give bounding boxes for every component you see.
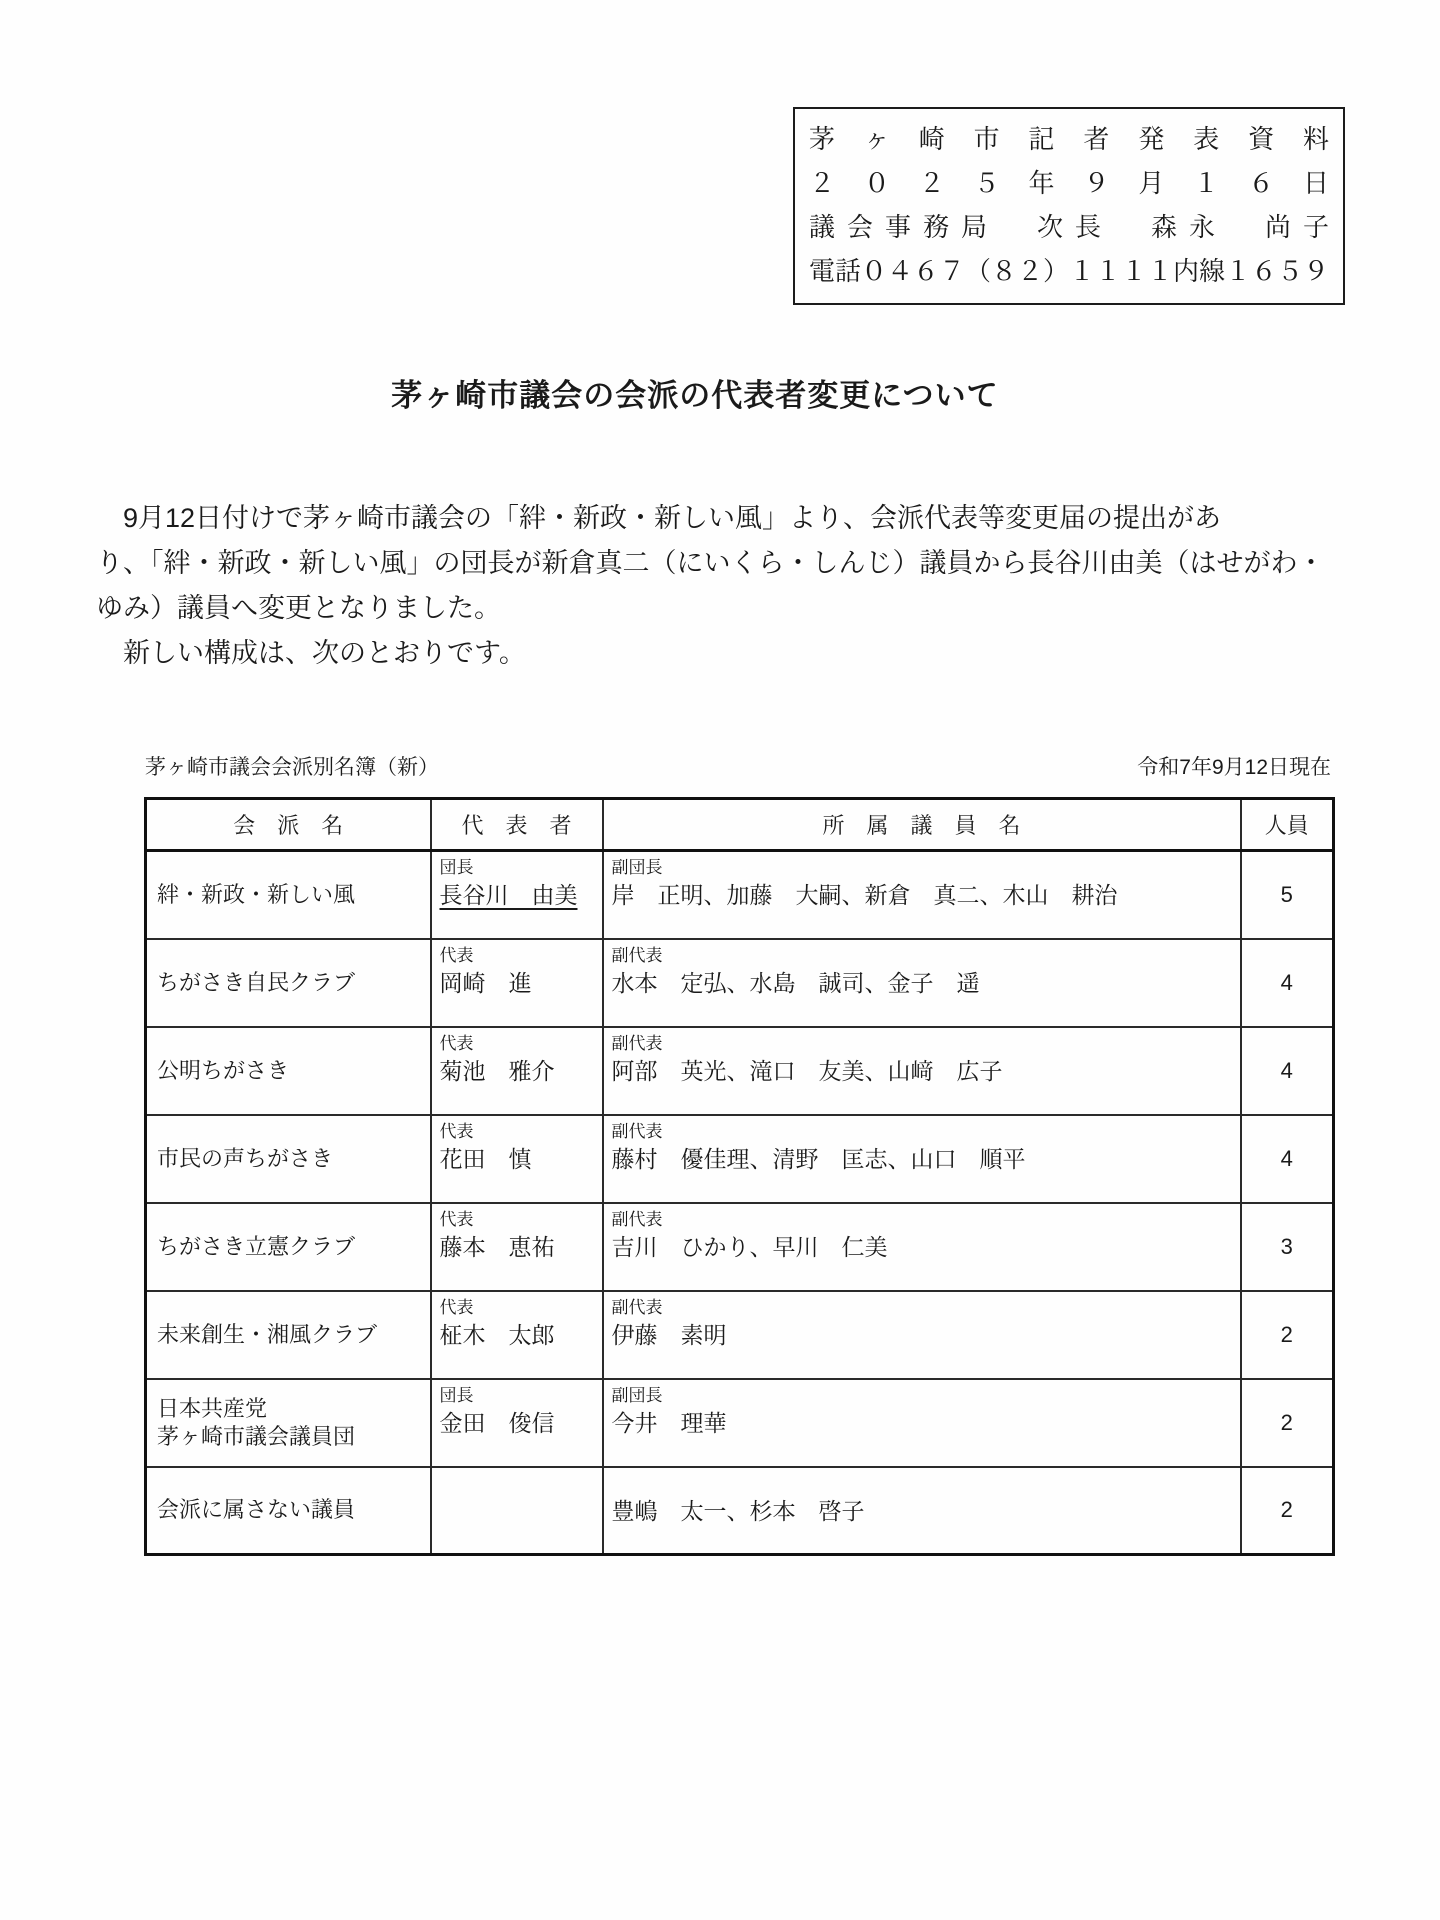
rep-name: 花田 慎 [440, 1142, 594, 1176]
table-row: ちがさき自民クラブ 代表 岡崎 進 副代表 水本 定弘、水島 誠司、金子 遥 4 [146, 939, 1334, 1027]
contact-line-date: ２０２５年９月１６日 [809, 161, 1329, 205]
roster-caption: 茅ヶ崎市議会会派別名簿（新） 令和7年9月12日現在 [145, 751, 1331, 781]
rep-name: 長谷川 由美 [440, 878, 594, 912]
representative-cell: 代表 藤本 恵祐 [431, 1203, 603, 1291]
faction-name-cell: 日本共産党 茅ヶ崎市議会議員団 [146, 1379, 431, 1467]
faction-name: 日本共産党 [157, 1395, 430, 1423]
body-paragraph: 9月12日付けで茅ヶ崎市議会の「絆・新政・新しい風」より、会派代表等変更届の提出… [96, 496, 1356, 676]
faction-name: 未来創生・湘風クラブ [157, 1321, 430, 1349]
faction-name: ちがさき自民クラブ [157, 969, 430, 997]
rep-name: 藤本 恵祐 [440, 1230, 594, 1264]
rep-role: 団長 [440, 1385, 594, 1406]
members-role: 副代表 [612, 1297, 1232, 1318]
members-names: 吉川 ひかり、早川 仁美 [612, 1230, 1232, 1264]
members-role [612, 1473, 1232, 1494]
faction-name: 公明ちがさき [157, 1057, 430, 1085]
members-names: 豊嶋 太一、杉本 啓子 [612, 1494, 1232, 1528]
faction-name: 市民の声ちがさき [157, 1145, 430, 1173]
members-role: 副団長 [612, 857, 1232, 878]
members-names: 伊藤 素明 [612, 1318, 1232, 1352]
representative-cell: 代表 花田 慎 [431, 1115, 603, 1203]
table-row: 公明ちがさき 代表 菊池 雅介 副代表 阿部 英光、滝口 友美、山﨑 広子 4 [146, 1027, 1334, 1115]
roster-caption-right: 令和7年9月12日現在 [1137, 751, 1331, 781]
members-cell: 副団長 今井 理華 [603, 1379, 1241, 1467]
faction-name-cell: 絆・新政・新しい風 [146, 851, 431, 939]
header-representative: 代 表 者 [431, 799, 603, 851]
member-count: 4 [1241, 939, 1334, 1027]
members-names: 藤村 優佳理、清野 匡志、山口 順平 [612, 1142, 1232, 1176]
faction-name-cell: 公明ちがさき [146, 1027, 431, 1115]
members-cell: 副代表 伊藤 素明 [603, 1291, 1241, 1379]
member-count: 3 [1241, 1203, 1334, 1291]
rep-name: 岡崎 進 [440, 966, 594, 1000]
header-members: 所 属 議 員 名 [603, 799, 1241, 851]
press-contact-box: 茅ヶ崎市記者発表資料 ２０２５年９月１６日 議会事務局 次長 森永 尚子 電話０… [793, 107, 1345, 305]
rep-name: 菊池 雅介 [440, 1054, 594, 1088]
faction-name-cell: ちがさき自民クラブ [146, 939, 431, 1027]
members-cell: 副代表 水本 定弘、水島 誠司、金子 遥 [603, 939, 1241, 1027]
rep-role: 代表 [440, 1297, 594, 1318]
table-row: 未来創生・湘風クラブ 代表 柾木 太郎 副代表 伊藤 素明 2 [146, 1291, 1334, 1379]
rep-role: 代表 [440, 1209, 594, 1230]
contact-line-source: 茅ヶ崎市記者発表資料 [809, 117, 1329, 161]
faction-name-line2: 茅ヶ崎市議会議員団 [157, 1423, 430, 1451]
rep-role: 代表 [440, 945, 594, 966]
table-row: 会派に属さない議員 豊嶋 太一、杉本 啓子 2 [146, 1467, 1334, 1555]
body-line: 9月12日付けで茅ヶ崎市議会の「絆・新政・新しい風」より、会派代表等変更届の提出… [96, 496, 1356, 541]
members-role: 副代表 [612, 1121, 1232, 1142]
members-cell: 副代表 藤村 優佳理、清野 匡志、山口 順平 [603, 1115, 1241, 1203]
rep-name: 柾木 太郎 [440, 1318, 594, 1352]
members-cell: 副代表 吉川 ひかり、早川 仁美 [603, 1203, 1241, 1291]
faction-name-cell: 未来創生・湘風クラブ [146, 1291, 431, 1379]
roster-caption-left: 茅ヶ崎市議会会派別名簿（新） [145, 751, 439, 781]
representative-cell: 団長 金田 俊信 [431, 1379, 603, 1467]
member-count: 5 [1241, 851, 1334, 939]
members-cell: 豊嶋 太一、杉本 啓子 [603, 1467, 1241, 1555]
body-line: 新しい構成は、次のとおりです。 [96, 631, 1356, 676]
contact-line-department: 議会事務局 次長 森永 尚子 [809, 205, 1329, 249]
rep-role: 代表 [440, 1121, 594, 1142]
member-count: 2 [1241, 1379, 1334, 1467]
table-row: 市民の声ちがさき 代表 花田 慎 副代表 藤村 優佳理、清野 匡志、山口 順平 … [146, 1115, 1334, 1203]
rep-name: 金田 俊信 [440, 1406, 594, 1440]
members-role: 副団長 [612, 1385, 1232, 1406]
contact-line-phone: 電話０４６７（８２）１１１１内線１６５９ [809, 249, 1329, 293]
faction-name: 絆・新政・新しい風 [157, 881, 430, 909]
rep-role: 団長 [440, 857, 594, 878]
representative-cell: 代表 岡崎 進 [431, 939, 603, 1027]
rep-role [440, 1473, 594, 1494]
members-cell: 副団長 岸 正明、加藤 大嗣、新倉 真二、木山 耕治 [603, 851, 1241, 939]
roster-header-row: 会 派 名 代 表 者 所 属 議 員 名 人員 [146, 799, 1334, 851]
members-role: 副代表 [612, 945, 1232, 966]
table-row: ちがさき立憲クラブ 代表 藤本 恵祐 副代表 吉川 ひかり、早川 仁美 3 [146, 1203, 1334, 1291]
header-count: 人員 [1241, 799, 1334, 851]
members-names: 水本 定弘、水島 誠司、金子 遥 [612, 966, 1232, 1000]
members-cell: 副代表 阿部 英光、滝口 友美、山﨑 広子 [603, 1027, 1241, 1115]
rep-role: 代表 [440, 1033, 594, 1054]
members-names: 今井 理華 [612, 1406, 1232, 1440]
member-count: 4 [1241, 1027, 1334, 1115]
faction-name: 会派に属さない議員 [157, 1496, 430, 1524]
members-names: 阿部 英光、滝口 友美、山﨑 広子 [612, 1054, 1232, 1088]
member-count: 4 [1241, 1115, 1334, 1203]
members-names: 岸 正明、加藤 大嗣、新倉 真二、木山 耕治 [612, 878, 1232, 912]
body-line: ゆみ）議員へ変更となりました。 [96, 586, 1356, 631]
faction-name-cell: 会派に属さない議員 [146, 1467, 431, 1555]
representative-cell [431, 1467, 603, 1555]
members-role: 副代表 [612, 1209, 1232, 1230]
press-release-page: 茅ヶ崎市記者発表資料 ２０２５年９月１６日 議会事務局 次長 森永 尚子 電話０… [0, 0, 1440, 1920]
table-row: 日本共産党 茅ヶ崎市議会議員団 団長 金田 俊信 副団長 今井 理華 2 [146, 1379, 1334, 1467]
member-count: 2 [1241, 1467, 1334, 1555]
page-title: 茅ヶ崎市議会の会派の代表者変更について [0, 370, 1390, 415]
table-row: 絆・新政・新しい風 団長 長谷川 由美 副団長 岸 正明、加藤 大嗣、新倉 真二… [146, 851, 1334, 939]
faction-name: ちがさき立憲クラブ [157, 1233, 430, 1261]
representative-cell: 代表 菊池 雅介 [431, 1027, 603, 1115]
members-role: 副代表 [612, 1033, 1232, 1054]
representative-cell: 代表 柾木 太郎 [431, 1291, 603, 1379]
body-line: り、「絆・新政・新しい風」の団長が新倉真二（にいくら・しんじ）議員から長谷川由美… [96, 541, 1356, 586]
representative-cell: 団長 長谷川 由美 [431, 851, 603, 939]
header-faction: 会 派 名 [146, 799, 431, 851]
faction-name-cell: 市民の声ちがさき [146, 1115, 431, 1203]
faction-roster-table: 会 派 名 代 表 者 所 属 議 員 名 人員 絆・新政・新しい風 団長 長谷… [144, 797, 1335, 1556]
faction-name-cell: ちがさき立憲クラブ [146, 1203, 431, 1291]
member-count: 2 [1241, 1291, 1334, 1379]
